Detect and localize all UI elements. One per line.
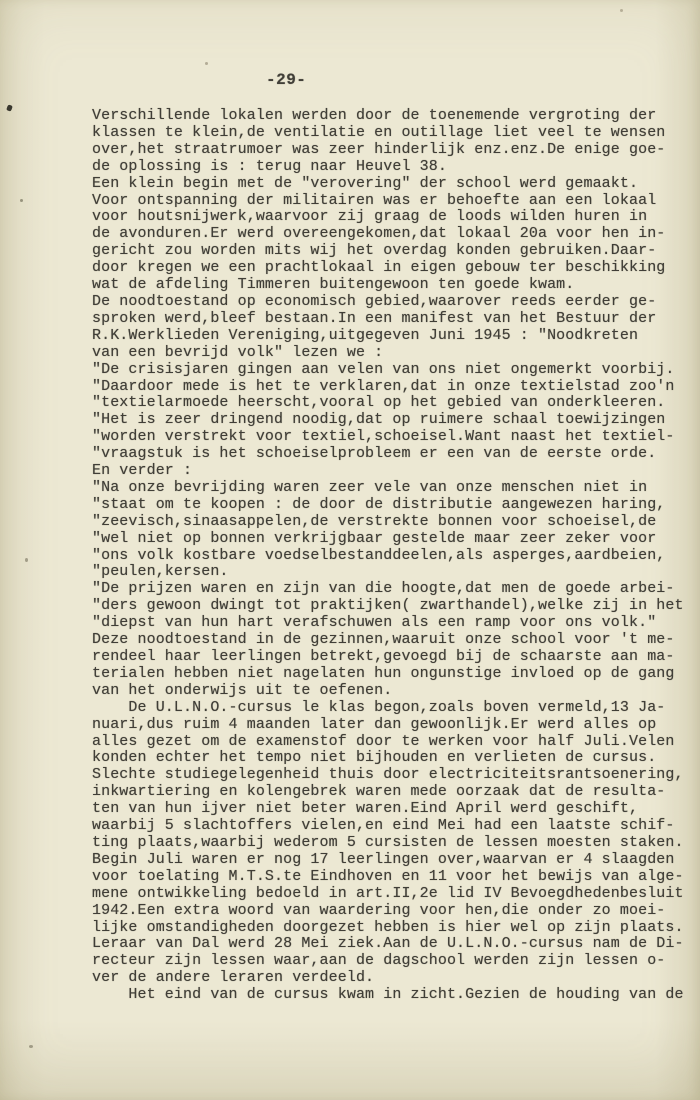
- scanned-document-page: -29- Verschillende lokalen werden door d…: [0, 0, 700, 1100]
- scan-speck: [29, 1045, 33, 1048]
- scan-speck: [20, 199, 23, 202]
- scan-speck: [205, 62, 208, 65]
- scan-speck: [620, 9, 623, 12]
- scan-speck: [25, 558, 28, 562]
- scan-speck: [6, 104, 13, 111]
- page-number: -29-: [266, 71, 306, 89]
- typed-text-body: Verschillende lokalen werden door de toe…: [92, 108, 684, 1004]
